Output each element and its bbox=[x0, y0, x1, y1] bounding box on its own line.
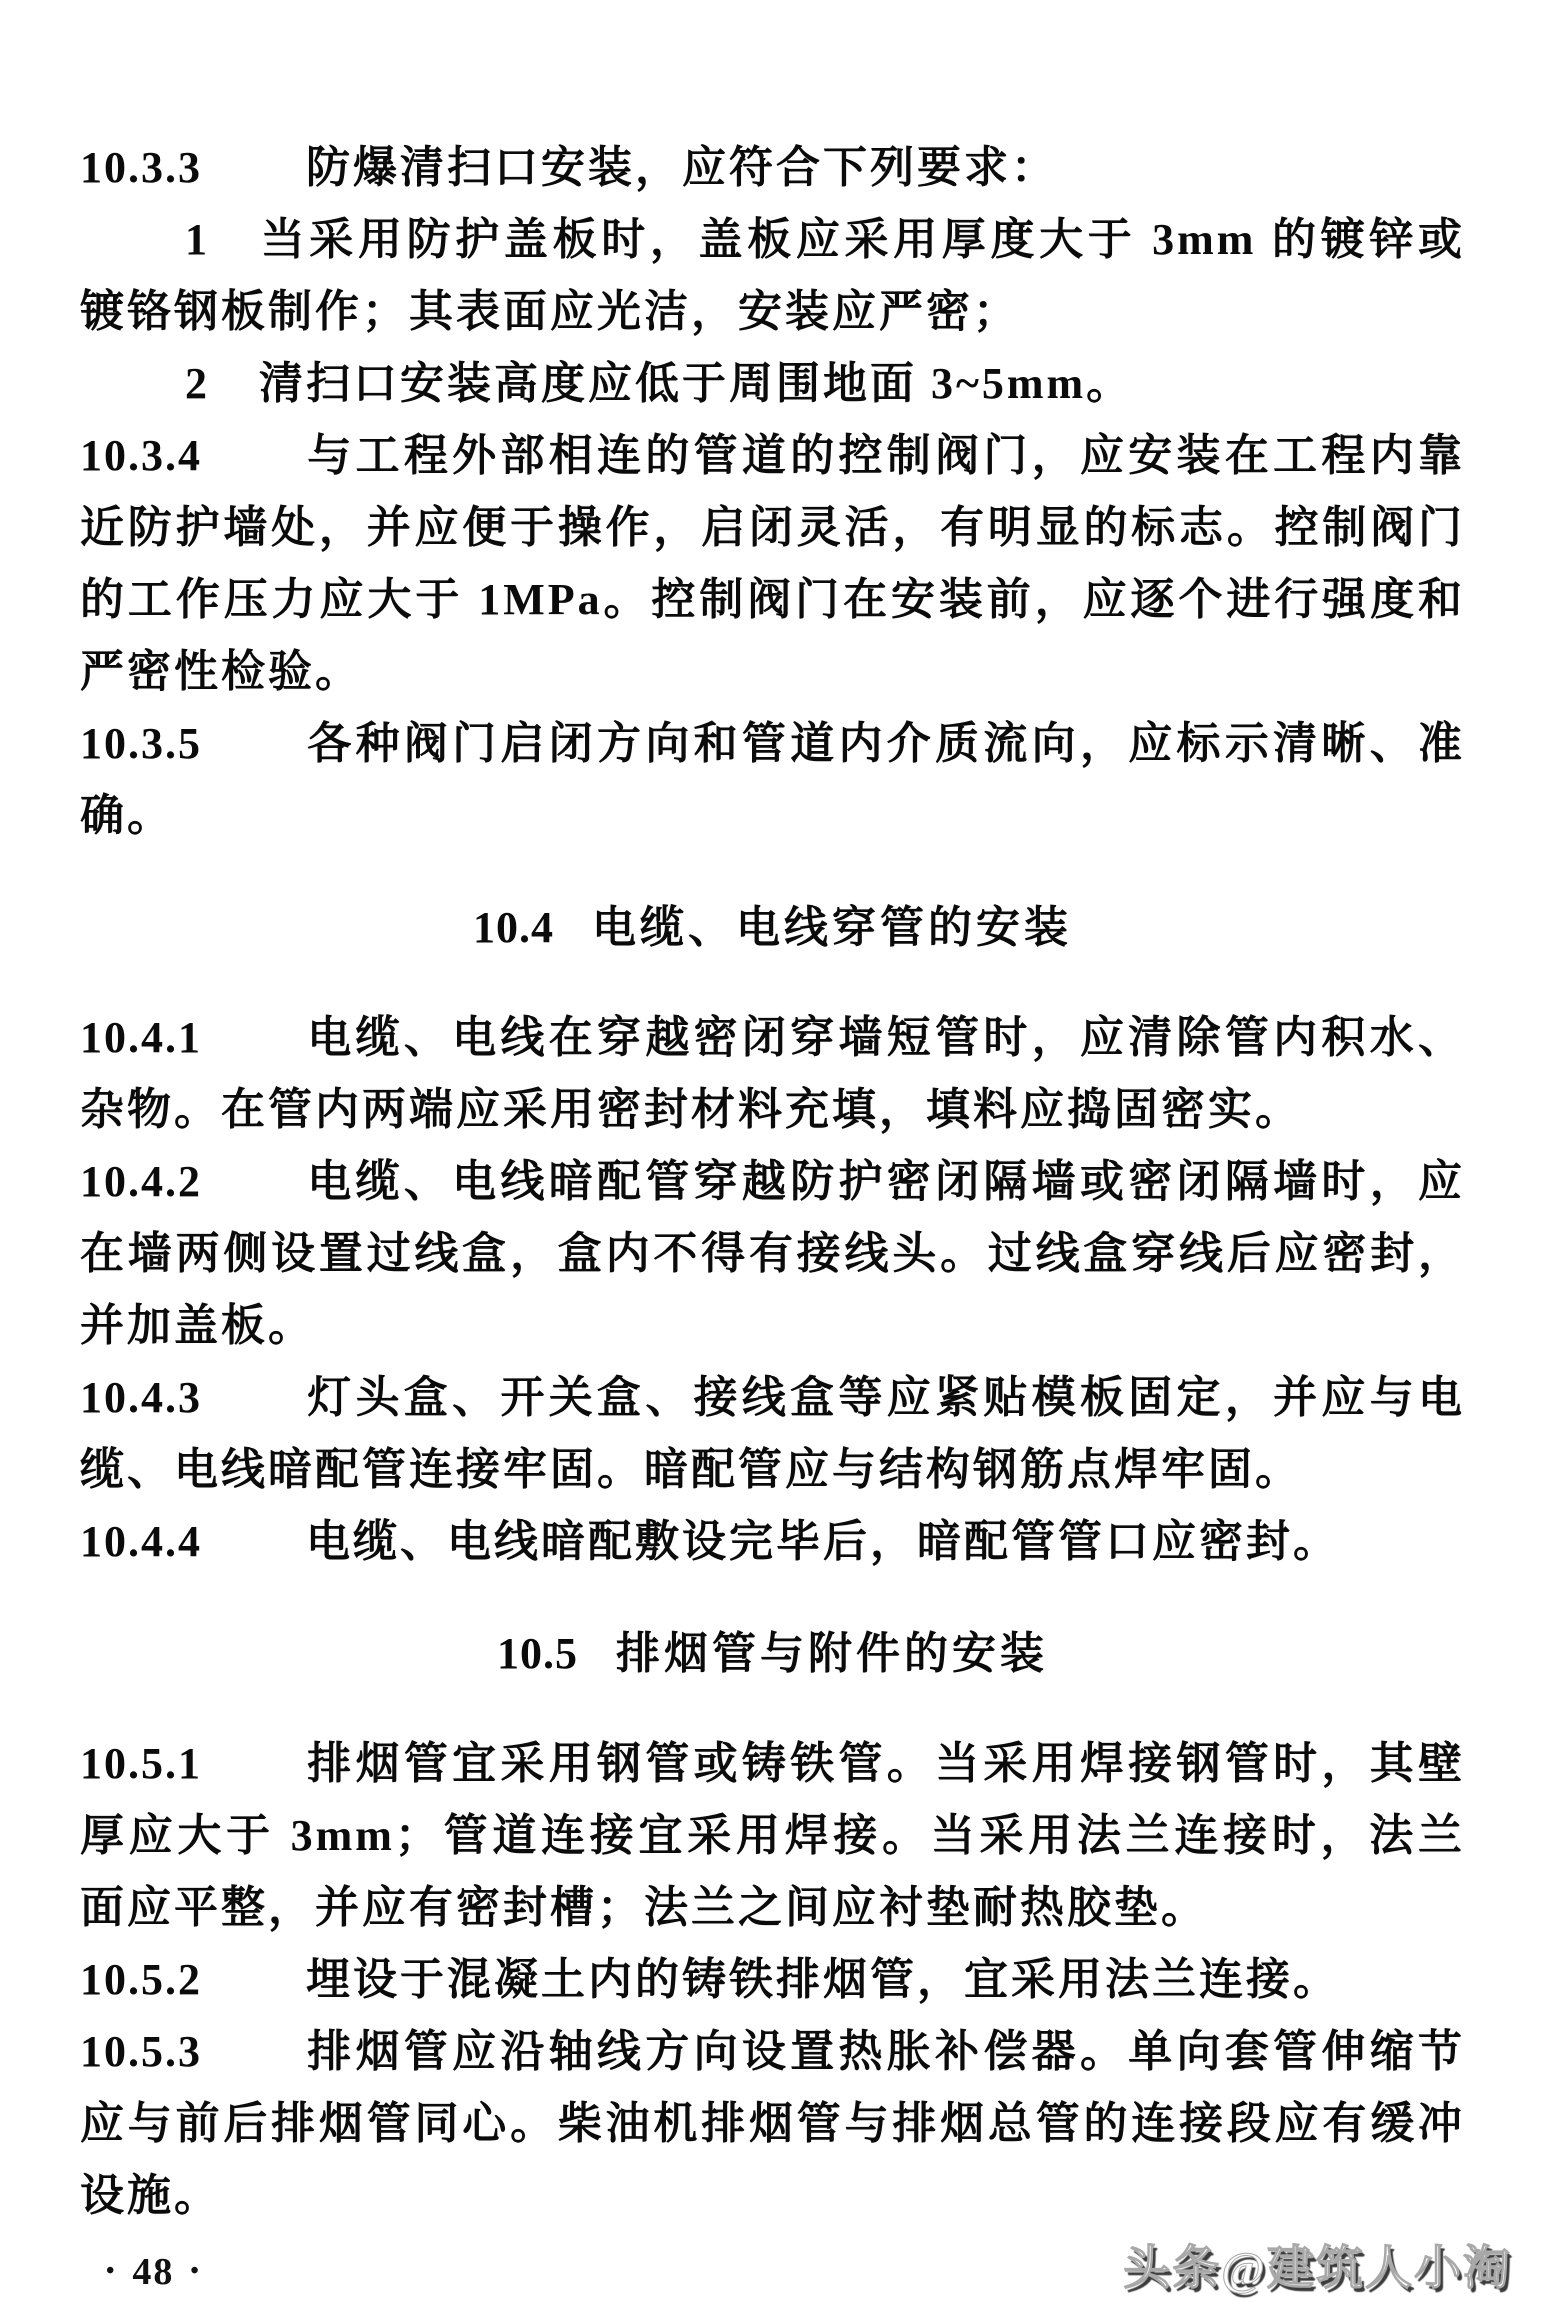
clause-number: 10.4.2 bbox=[80, 1157, 202, 1206]
clause-paragraph: 10.5.3排烟管应沿轴线方向设置热胀补偿器。单向套管伸缩节应与前后排烟管同心。… bbox=[80, 2016, 1465, 2232]
clause-text: 电缆、电线暗配管穿越防护密闭隔墙或密闭隔墙时，应在墙两侧设置过线盒，盒内不得有接… bbox=[80, 1157, 1465, 1350]
clause-paragraph: 10.3.4与工程外部相连的管道的控制阀门，应安装在工程内靠近防护墙处，并应便于… bbox=[80, 420, 1465, 708]
clause-number: 10.3.4 bbox=[80, 431, 202, 480]
item-paragraph: 2清扫口安装高度应低于周围地面 3~5mm。 bbox=[80, 348, 1465, 420]
clause-paragraph: 10.5.1排烟管宜采用钢管或铸铁管。当采用焊接钢管时，其壁厚应大于 3mm；管… bbox=[80, 1728, 1465, 1944]
clause-text: 排烟管应沿轴线方向设置热胀补偿器。单向套管伸缩节应与前后排烟管同心。柴油机排烟管… bbox=[80, 2027, 1465, 2220]
clause-text: 电缆、电线暗配敷设完毕后，暗配管管口应密封。 bbox=[306, 1517, 1340, 1566]
clause-number: 10.4.3 bbox=[80, 1373, 202, 1422]
clause-paragraph: 10.4.3灯头盒、开关盒、接线盒等应紧贴模板固定，并应与电缆、电线暗配管连接牢… bbox=[80, 1362, 1465, 1506]
clause-number: 10.3.3 bbox=[80, 143, 202, 192]
clause-text: 各种阀门启闭方向和管道内介质流向，应标示清晰、准确。 bbox=[80, 719, 1465, 840]
section-heading: 10.4电缆、电线穿管的安装 bbox=[80, 892, 1465, 964]
clause-number: 10.5.3 bbox=[80, 2027, 202, 2076]
page-number-right-dot: • bbox=[190, 2258, 200, 2284]
clause-text: 电缆、电线在穿越密闭穿墙短管时，应清除管内积水、杂物。在管内两端应采用密封材料充… bbox=[80, 1013, 1465, 1134]
heading-number: 10.4 bbox=[473, 903, 554, 952]
clause-paragraph: 10.3.5各种阀门启闭方向和管道内介质流向，应标示清晰、准确。 bbox=[80, 708, 1465, 852]
document-page: 10.3.3防爆清扫口安装，应符合下列要求：1当采用防护盖板时，盖板应采用厚度大… bbox=[0, 0, 1544, 2321]
clause-number: 10.5.2 bbox=[80, 1955, 202, 2004]
item-text: 清扫口安装高度应低于周围地面 3~5mm。 bbox=[259, 359, 1133, 408]
document-body: 10.3.3防爆清扫口安装，应符合下列要求：1当采用防护盖板时，盖板应采用厚度大… bbox=[80, 132, 1465, 2232]
clause-text: 防爆清扫口安装，应符合下列要求： bbox=[306, 143, 1058, 192]
clause-paragraph: 10.3.3防爆清扫口安装，应符合下列要求： bbox=[80, 132, 1465, 204]
clause-paragraph: 10.4.1电缆、电线在穿越密闭穿墙短管时，应清除管内积水、杂物。在管内两端应采… bbox=[80, 1002, 1465, 1146]
item-number: 2 bbox=[185, 359, 209, 408]
clause-number: 10.4.1 bbox=[80, 1013, 202, 1062]
section-heading: 10.5排烟管与附件的安装 bbox=[80, 1618, 1465, 1690]
clause-paragraph: 10.5.2埋设于混凝土内的铸铁排烟管，宜采用法兰连接。 bbox=[80, 1944, 1465, 2016]
clause-text: 排烟管宜采用钢管或铸铁管。当采用焊接钢管时，其壁厚应大于 3mm；管道连接宜采用… bbox=[80, 1739, 1465, 1932]
clause-paragraph: 10.4.4电缆、电线暗配敷设完毕后，暗配管管口应密封。 bbox=[80, 1506, 1465, 1578]
clause-number: 10.5.1 bbox=[80, 1739, 202, 1788]
clause-paragraph: 10.4.2电缆、电线暗配管穿越防护密闭隔墙或密闭隔墙时，应在墙两侧设置过线盒，… bbox=[80, 1146, 1465, 1362]
page-number-value: 48 bbox=[132, 2251, 174, 2293]
heading-number: 10.5 bbox=[497, 1629, 578, 1678]
clause-text: 灯头盒、开关盒、接线盒等应紧贴模板固定，并应与电缆、电线暗配管连接牢固。暗配管应… bbox=[80, 1373, 1465, 1494]
page-number: •48• bbox=[90, 2253, 217, 2291]
item-text: 当采用防护盖板时，盖板应采用厚度大于 3mm 的镀锌或镀铬钢板制作；其表面应光洁… bbox=[80, 215, 1465, 336]
clause-text: 埋设于混凝土内的铸铁排烟管，宜采用法兰连接。 bbox=[306, 1955, 1340, 2004]
page-number-left-dot: • bbox=[106, 2258, 116, 2284]
heading-title: 排烟管与附件的安装 bbox=[616, 1629, 1048, 1678]
clause-text: 与工程外部相连的管道的控制阀门，应安装在工程内靠近防护墙处，并应便于操作，启闭灵… bbox=[80, 431, 1465, 696]
clause-number: 10.4.4 bbox=[80, 1517, 202, 1566]
item-number: 1 bbox=[185, 215, 209, 264]
item-paragraph: 1当采用防护盖板时，盖板应采用厚度大于 3mm 的镀锌或镀铬钢板制作；其表面应光… bbox=[80, 204, 1465, 348]
heading-title: 电缆、电线穿管的安装 bbox=[592, 903, 1072, 952]
watermark: 头条@建筑人小淘 bbox=[1123, 2246, 1512, 2293]
clause-number: 10.3.5 bbox=[80, 719, 202, 768]
